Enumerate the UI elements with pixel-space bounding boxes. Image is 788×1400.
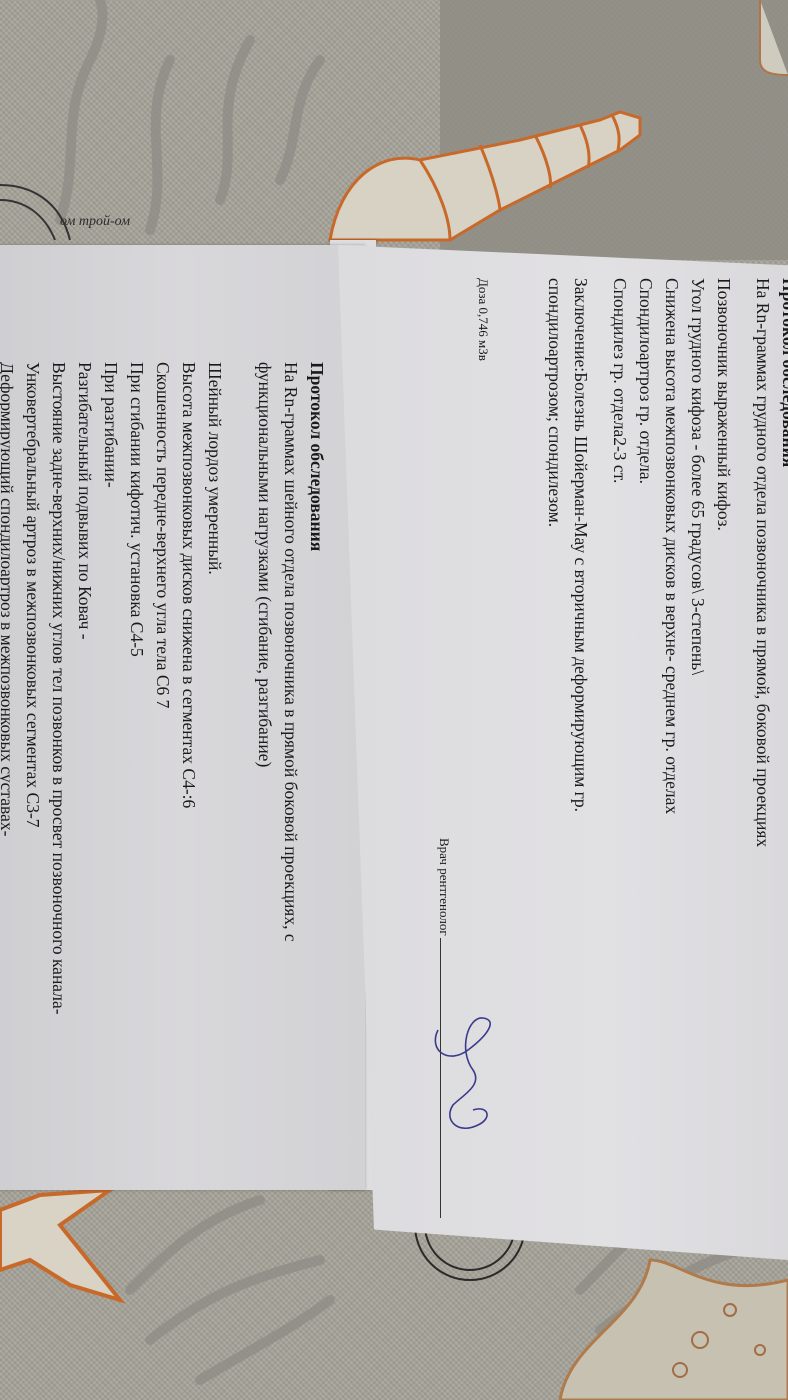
finding: Шейный лордоз умеренный. [202,362,228,1015]
svg-text:ом трой-ом: ом трой-ом [60,214,130,229]
finding: Спондилез гр. отдела2-3 ст. [607,278,633,847]
finding: Выстояние задне-верхних/нижних углов тел… [46,362,72,1015]
report-thoracic-intro: На Rn-граммах грудного отдела позвоночни… [750,278,776,847]
conclusion-line: спондилоартрозом; спондилезом. [542,278,568,847]
report-thoracic-title: Протокол обследования [776,278,788,847]
finding: Разгибательный подвывих по Ковач - [72,362,98,1015]
finding: Спондилоартроз гр. отдела. [633,278,659,847]
report-cervical-intro-1: На Rn-граммах шейного отдела позвоночник… [278,362,304,1015]
report-thoracic: Протокол обследования На Rn-граммах груд… [470,278,782,847]
finding: Высота межпозвонковых дисков снижена в с… [176,362,202,1015]
finding: Скошенность передне-верхнего угла тела С… [150,362,176,1015]
finding: Снижена высота межпозвонковых дисков в в… [659,278,685,847]
conclusion-line: Заключение:Болезнь Шойерман-Мау с вторич… [568,278,594,847]
finding: При разгибании- [98,362,124,1015]
finding: При сгибании кифотич. установка С4-5 [124,362,150,1015]
report-cervical-intro-2: функциональными нагрузками (сгибание, ра… [252,362,278,1015]
finding: Деформирующий спондилоартроз в межпозвон… [0,362,20,1015]
report-cervical-title: Протокол обследования [304,362,330,1015]
signature-label: Врач рентгенолог [437,838,452,936]
radiation-dose: Доза 0,746 мЗв [470,278,496,847]
finding: Унковертебральный артроз в межпозвонковы… [20,362,46,1015]
handwritten-signature [428,1010,508,1140]
finding: Позвоночник выраженный кифоз. [711,278,737,847]
finding: Угол грудного кифоза - более 65 градусов… [685,278,711,847]
report-cervical: Протокол обследования На Rn-граммах шейн… [0,362,330,1015]
